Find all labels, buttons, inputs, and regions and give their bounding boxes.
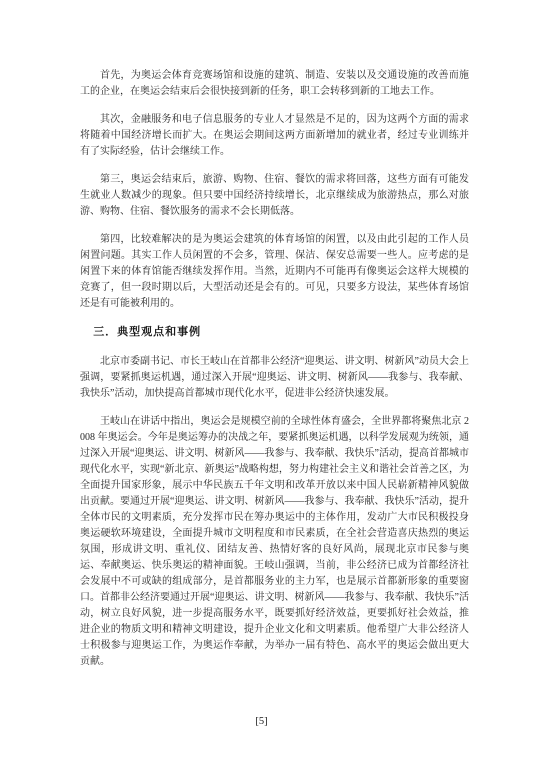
paragraph-wangqishan-speech: 王岐山在讲话中指出，奥运会是规模空前的全球性体育盛会，全世界都将聚焦北京 200… xyxy=(80,414,469,670)
section-heading: 三．典型观点和事例 xyxy=(80,324,469,340)
page-content: 首先，为奥运会体育竞赛场馆和设施的建筑、制造、安装以及交通设施的改善而施工的企业… xyxy=(80,68,469,682)
document-page: 首先，为奥运会体育竞赛场馆和设施的建筑、制造、安装以及交通设施的改善而施工的企业… xyxy=(0,0,549,778)
paragraph-wangqishan-mobilization: 北京市委副书记、市长王岐山在首都非公经济“迎奥运、讲文明、树新风”动员大会上强调… xyxy=(80,354,469,402)
paragraph-fourth: 第四，比较难解决的是为奥运会建筑的体育场馆的闲置，以及由此引起的工作人员闲置问题… xyxy=(80,232,469,312)
paragraph-first: 首先，为奥运会体育竞赛场馆和设施的建筑、制造、安装以及交通设施的改善而施工的企业… xyxy=(80,68,469,100)
paragraph-second: 其次，金融服务和电子信息服务的专业人才显然是不足的，因为这两个方面的需求将随着中… xyxy=(80,112,469,160)
paragraph-third: 第三，奥运会结束后，旅游、购物、住宿、餐饮的需求将回落，这些方面有可能发生就业人… xyxy=(80,172,469,220)
page-number: [5] xyxy=(0,714,536,730)
